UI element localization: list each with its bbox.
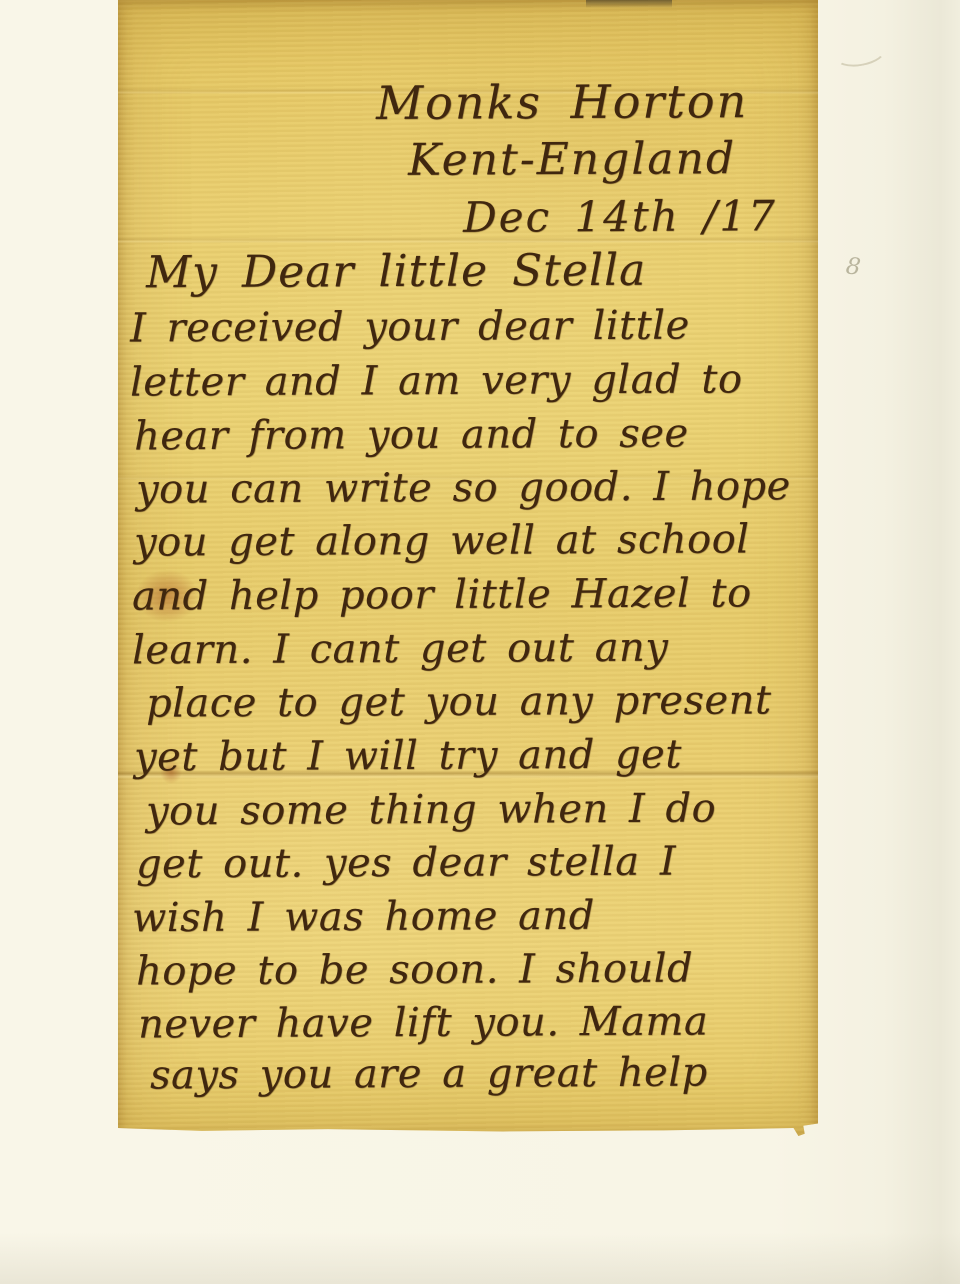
letter-body-line: you get along well at school bbox=[134, 516, 750, 565]
scratch-mark bbox=[832, 36, 888, 71]
letter-body-line: get out. yes dear stella I bbox=[136, 839, 676, 888]
letter-body-line: never have lift you. Mama bbox=[138, 999, 708, 1048]
pencil-mark: 8 bbox=[845, 253, 862, 280]
letter-body-line: learn. I cant get out any bbox=[132, 625, 669, 674]
letter-salutation: My Dear little Stella bbox=[146, 245, 647, 299]
letter-body-line: you can write so good. I hope bbox=[136, 463, 791, 512]
letter-body-line: yet but I will try and get bbox=[134, 732, 682, 781]
letter-body-line: hope to be soon. I should bbox=[136, 946, 693, 995]
letter-body-line: hear from you and to see bbox=[134, 411, 689, 460]
letter-body-line: and help poor little Hazel to bbox=[132, 570, 752, 619]
letter-body-line: I received your dear little bbox=[130, 303, 690, 352]
letter-body-line: you some thing when I do bbox=[146, 786, 716, 835]
letter-region-line: Kent-England bbox=[408, 133, 736, 186]
letter-paper: Monks Horton Kent-England Dec 14th /17 M… bbox=[118, 0, 818, 1136]
scan-background: 8 Monks Horton Kent-England Dec 14th /17… bbox=[0, 0, 960, 1284]
letter-body-line: says you are a great help bbox=[150, 1050, 708, 1099]
letter-place-line: Monks Horton bbox=[376, 74, 748, 130]
letter-body-line: place to get you any present bbox=[146, 677, 772, 726]
letter-body-line: letter and I am very glad to bbox=[130, 356, 743, 405]
letter-date-line: Dec 14th /17 bbox=[463, 191, 777, 242]
top-edge-smudge bbox=[586, 0, 672, 8]
letter-body-line: wish I was home and bbox=[132, 893, 595, 941]
